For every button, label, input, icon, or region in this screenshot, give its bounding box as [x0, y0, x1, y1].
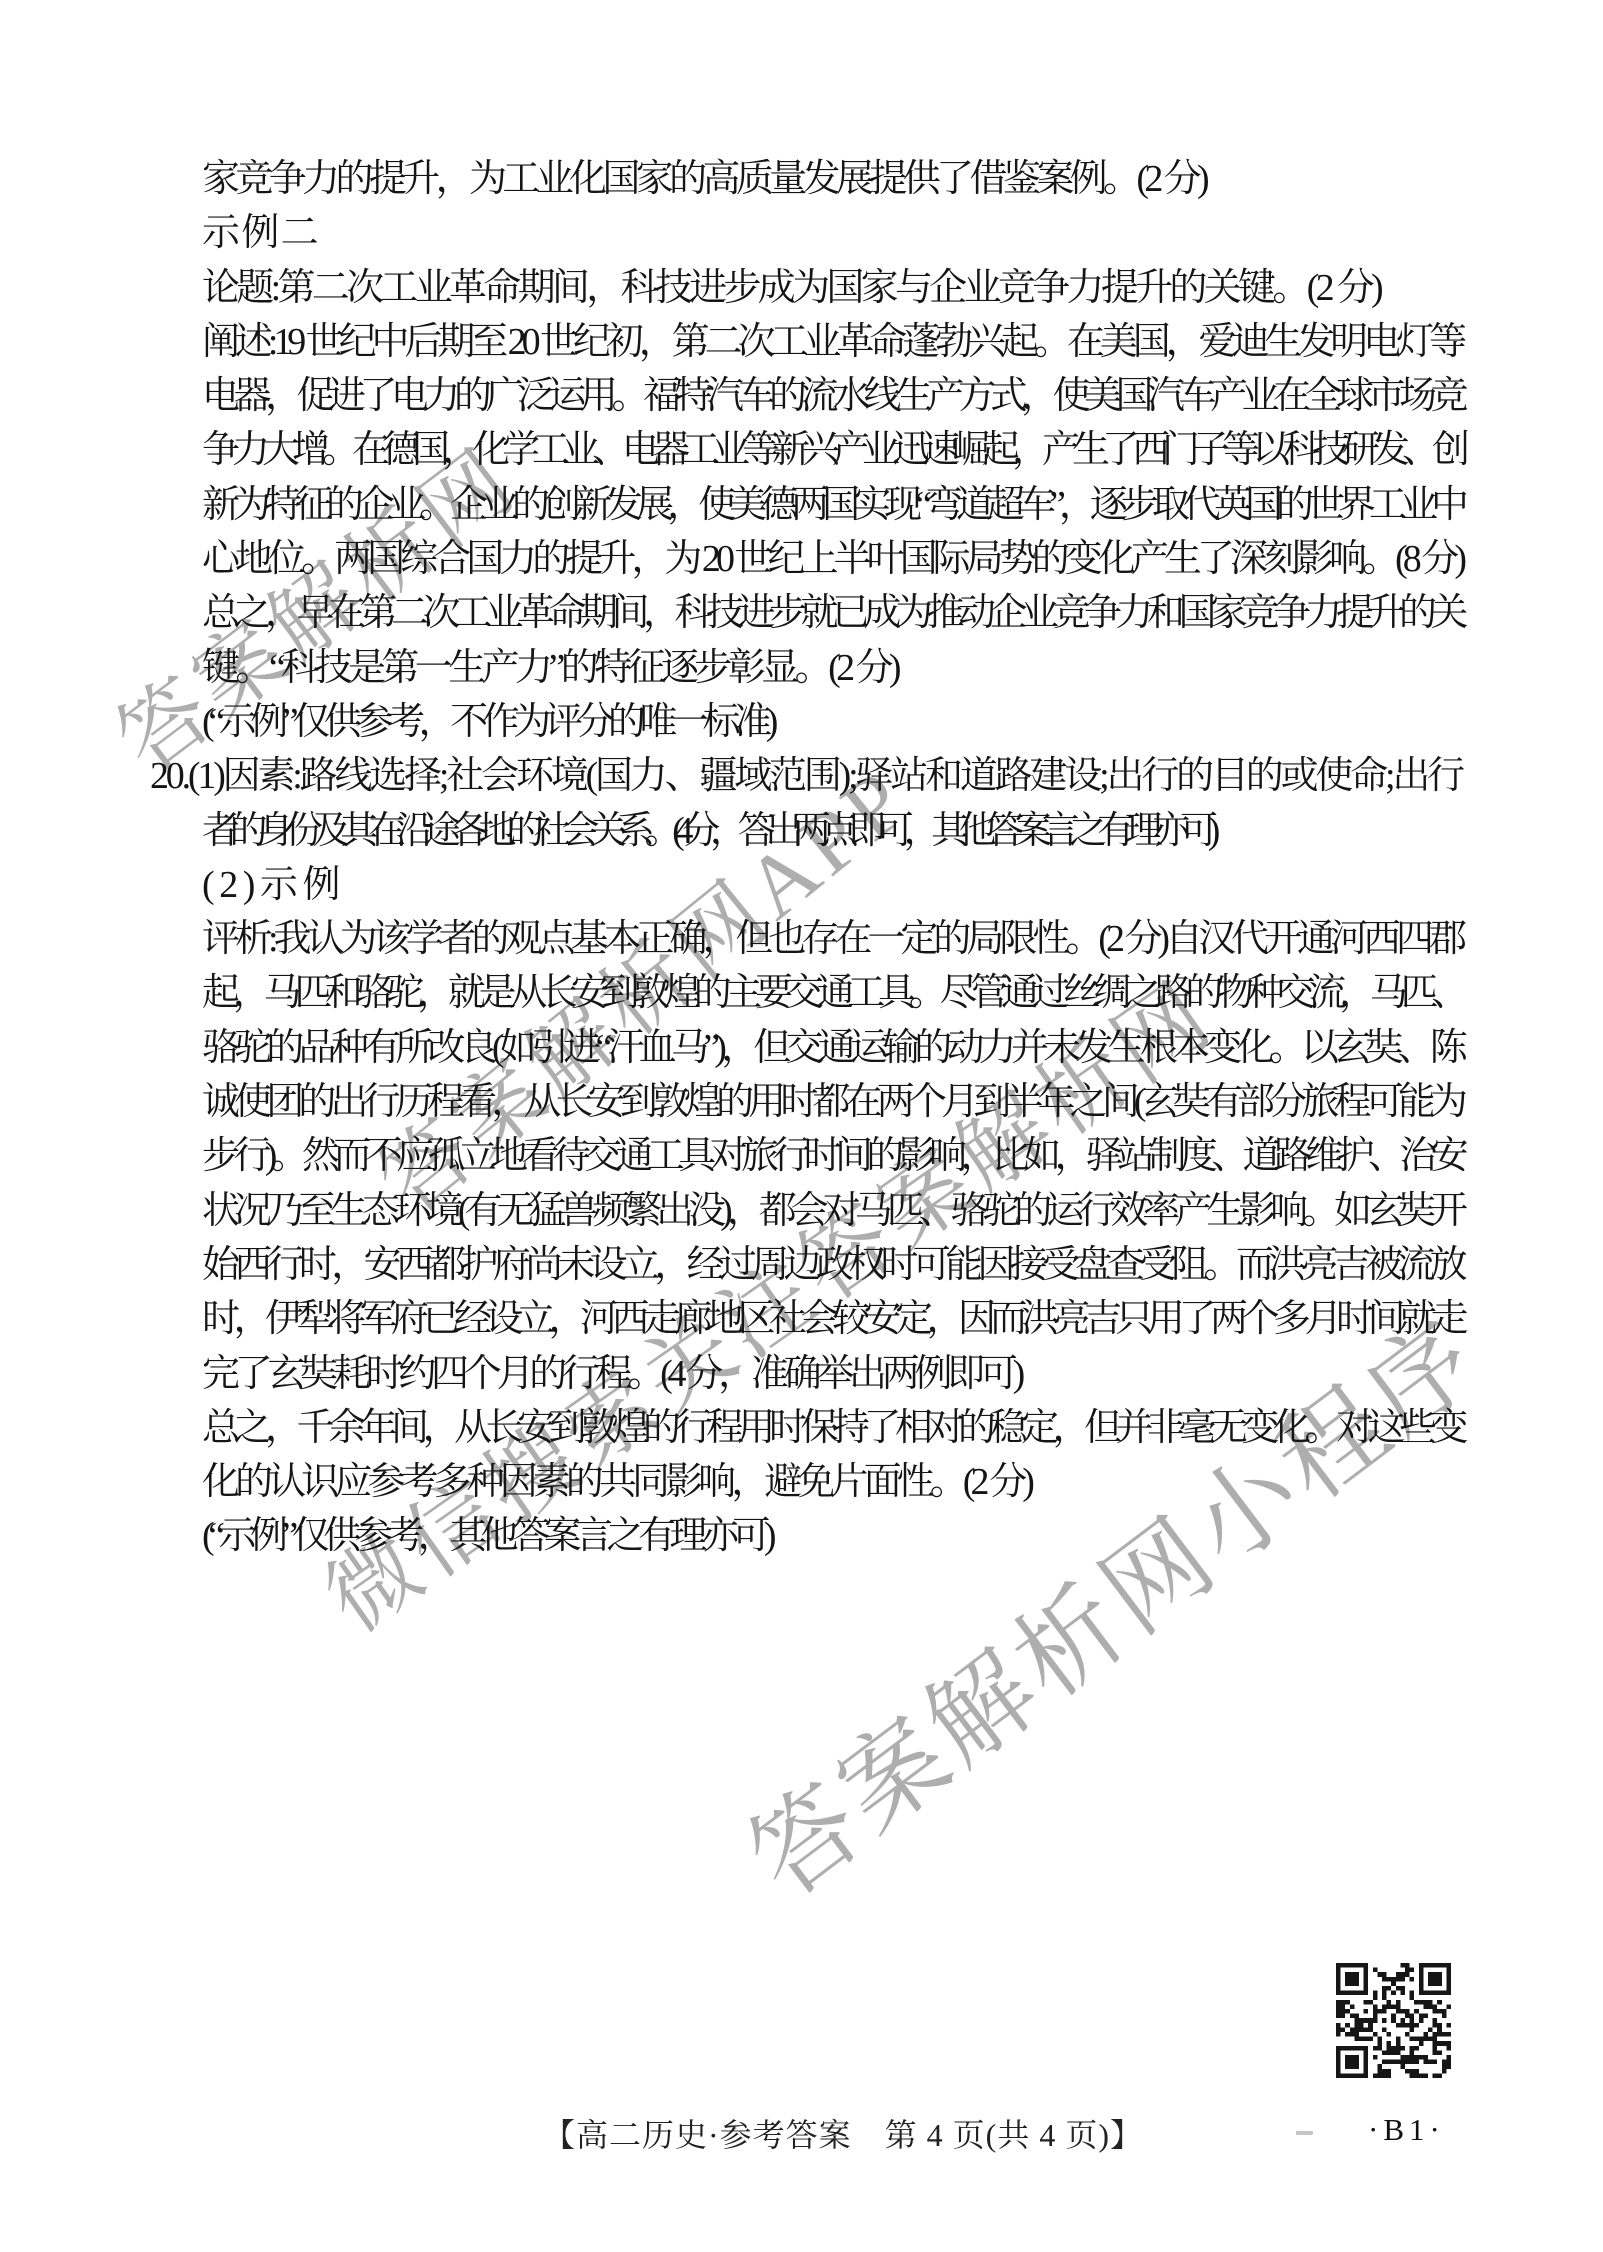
answer-line-text: 阐述:19 世纪中后期至 20 世纪初，第二次工业革命蓬勃兴起。在美国，爱迪生发… — [202, 315, 1462, 369]
answer-line: 骆驼的品种有所改良(如引进“汗血马”)，但交通运输的动力并未发生根本变化。以玄奘… — [202, 1021, 1470, 1075]
answer-line: 论题:第二次工业革命期间，科技进步成为国家与企业竞争力提升的关键。(2 分) — [202, 261, 1470, 315]
answer-line: 电器，促进了电力的广泛运用。福特汽车的流水线生产方式，使美国汽车产业在全球市场竞 — [202, 369, 1470, 423]
answer-line-text: 示例二 — [202, 206, 320, 260]
print-registration-mark — [1296, 2131, 1313, 2135]
answer-line: 总之，千余年间，从长安到敦煌的行程用时保持了相对的稳定，但并非毫无变化。对这些变 — [202, 1401, 1470, 1455]
answer-line-text: 时，伊犁将军府已经设立，河西走廊地区社会较安定，因而洪亮吉只用了两个多月时间就走 — [202, 1292, 1462, 1346]
answer-line: 总之，早在第二次工业革命期间，科技进步就已成为推动企业竞争力和国家竞争力提升的关 — [202, 586, 1470, 640]
answer-line-text: 步行)。然而不应孤立地看待交通工具对旅行时间的影响，比如，驿站制度、道路维护、治… — [202, 1129, 1462, 1183]
answer-line-text: 始西行时，安西都护府尚未设立，经过周边政权时可能因接受盘查受阻。而洪亮吉被流放 — [202, 1238, 1462, 1292]
scanned-answer-page: 答案解析网答案解析网APP微信搜索关注答案解析网答案解析网小程序 家竞争力的提升… — [0, 0, 1603, 2252]
answer-line: 新为特征的企业。企业的创新发展，使美德两国实现“弯道超车”，逐步取代英国的世界工… — [202, 478, 1470, 532]
answer-line: 争力大增。在德国，化学工业、电器工业等新兴产业迅速崛起，产生了西门子等以科技研发… — [202, 423, 1470, 477]
answer-line: 者的身份及其在沿途各地的社会关系。(4 分，答出两点即可，其他答案言之有理亦可) — [202, 804, 1470, 858]
answer-line-text: 化的认识应参考多种因素的共同影响，避免片面性。(2 分) — [202, 1455, 1030, 1509]
answer-line-text: 家竞争力的提升，为工业化国家的高质量发展提供了借鉴案例。(2 分) — [202, 152, 1205, 206]
answer-text-block: 家竞争力的提升，为工业化国家的高质量发展提供了借鉴案例。(2 分)示例二论题:第… — [150, 152, 1470, 1564]
answer-line: 始西行时，安西都护府尚未设立，经过周边政权时可能因接受盘查受阻。而洪亮吉被流放 — [202, 1238, 1470, 1292]
answer-line-text: 总之，千余年间，从长安到敦煌的行程用时保持了相对的稳定，但并非毫无变化。对这些变 — [202, 1401, 1462, 1455]
answer-line-text: 者的身份及其在沿途各地的社会关系。(4 分，答出两点即可，其他答案言之有理亦可) — [202, 804, 1210, 858]
answer-sheet-page: { "document": { "lines": [ {"text": "家竞争… — [0, 0, 1603, 2252]
answer-line-text: 骆驼的品种有所改良(如引进“汗血马”)，但交通运输的动力并未发生根本变化。以玄奘… — [202, 1021, 1462, 1075]
answer-line-text: (2)示例 — [202, 858, 345, 912]
answer-line: 起，马匹和骆驼，就是从长安到敦煌的主要交通工具。尽管通过丝绸之路的物种交流，马匹… — [202, 966, 1470, 1020]
answer-line-text: 电器，促进了电力的广泛运用。福特汽车的流水线生产方式，使美国汽车产业在全球市场竞 — [202, 369, 1462, 423]
answer-line: 诚使团的出行历程看，从长安到敦煌的用时都在两个月到半年之间(玄奘有部分旅程可能为 — [202, 1075, 1470, 1129]
answer-line: 评析:我认为该学者的观点基本正确，但也存在一定的局限性。(2 分)自汉代开通河西… — [202, 912, 1470, 966]
answer-line: 状况乃至生态环境(有无猛兽频繁出没)，都会对马匹、骆驼的运行效率产生影响。如玄奘… — [202, 1184, 1470, 1238]
answer-line: 心地位。两国综合国力的提升，为 20 世纪上半叶国际局势的变化产生了深刻影响。(… — [202, 532, 1470, 586]
answer-line: 步行)。然而不应孤立地看待交通工具对旅行时间的影响，比如，驿站制度、道路维护、治… — [202, 1129, 1470, 1183]
answer-line: 时，伊犁将军府已经设立，河西走廊地区社会较安定，因而洪亮吉只用了两个多月时间就走 — [202, 1292, 1470, 1346]
answer-line-text: 诚使团的出行历程看，从长安到敦煌的用时都在两个月到半年之间(玄奘有部分旅程可能为 — [202, 1075, 1462, 1129]
answer-line: 20.(1)因素:路线选择;社会环境(国力、疆域范围);驿站和道路建设;出行的目… — [150, 749, 1470, 803]
answer-line-text: 键。“科技是第一生产力”的特征逐步彰显。(2 分) — [202, 641, 897, 695]
answer-line: (2)示例 — [202, 858, 1470, 912]
answer-line-text: 起，马匹和骆驼，就是从长安到敦煌的主要交通工具。尽管通过丝绸之路的物种交流，马匹… — [202, 966, 1462, 1020]
answer-line-text: 评析:我认为该学者的观点基本正确，但也存在一定的局限性。(2 分)自汉代开通河西… — [202, 912, 1462, 966]
answer-line: (“示例”仅供参考，不作为评分的唯一标准) — [202, 695, 1470, 749]
answer-line-text: 论题:第二次工业革命期间，科技进步成为国家与企业竞争力提升的关键。(2 分) — [202, 261, 1380, 315]
answer-line-text: (“示例”仅供参考，不作为评分的唯一标准) — [202, 695, 772, 749]
answer-line-text: 20.(1)因素:路线选择;社会环境(国力、疆域范围);驿站和道路建设;出行的目… — [150, 749, 1462, 803]
answer-line: 键。“科技是第一生产力”的特征逐步彰显。(2 分) — [202, 641, 1470, 695]
answer-line: 家竞争力的提升，为工业化国家的高质量发展提供了借鉴案例。(2 分) — [202, 152, 1470, 206]
answer-line-text: 状况乃至生态环境(有无猛兽频繁出没)，都会对马匹、骆驼的运行效率产生影响。如玄奘… — [202, 1184, 1462, 1238]
answer-line-text: 总之，早在第二次工业革命期间，科技进步就已成为推动企业竞争力和国家竞争力提升的关 — [202, 586, 1462, 640]
answer-line: 示例二 — [202, 206, 1470, 260]
answer-line-text: 新为特征的企业。企业的创新发展，使美德两国实现“弯道超车”，逐步取代英国的世界工… — [202, 478, 1462, 532]
answer-line-text: 完了玄奘耗时约四个月的行程。(4 分，准确举出两例即可) — [202, 1347, 1020, 1401]
footer-page-label: 【高二历史·参考答案 第 4 页(共 4 页)】 — [543, 2110, 1143, 2156]
answer-line: 阐述:19 世纪中后期至 20 世纪初，第二次工业革命蓬勃兴起。在美国，爱迪生发… — [202, 315, 1470, 369]
qr-code-image — [1336, 1962, 1451, 2079]
answer-line: (“示例”仅供参考，其他答案言之有理亦可) — [202, 1509, 1470, 1563]
qr-code — [1336, 1962, 1451, 2079]
footer-paper-code: ·B1· — [1368, 2112, 1445, 2148]
answer-line-text: 争力大增。在德国，化学工业、电器工业等新兴产业迅速崛起，产生了西门子等以科技研发… — [202, 423, 1462, 477]
answer-line-text: 心地位。两国综合国力的提升，为 20 世纪上半叶国际局势的变化产生了深刻影响。(… — [202, 532, 1462, 586]
answer-line-text: (“示例”仅供参考，其他答案言之有理亦可) — [202, 1509, 770, 1563]
answer-line: 完了玄奘耗时约四个月的行程。(4 分，准确举出两例即可) — [202, 1347, 1470, 1401]
answer-line: 化的认识应参考多种因素的共同影响，避免片面性。(2 分) — [202, 1455, 1470, 1509]
